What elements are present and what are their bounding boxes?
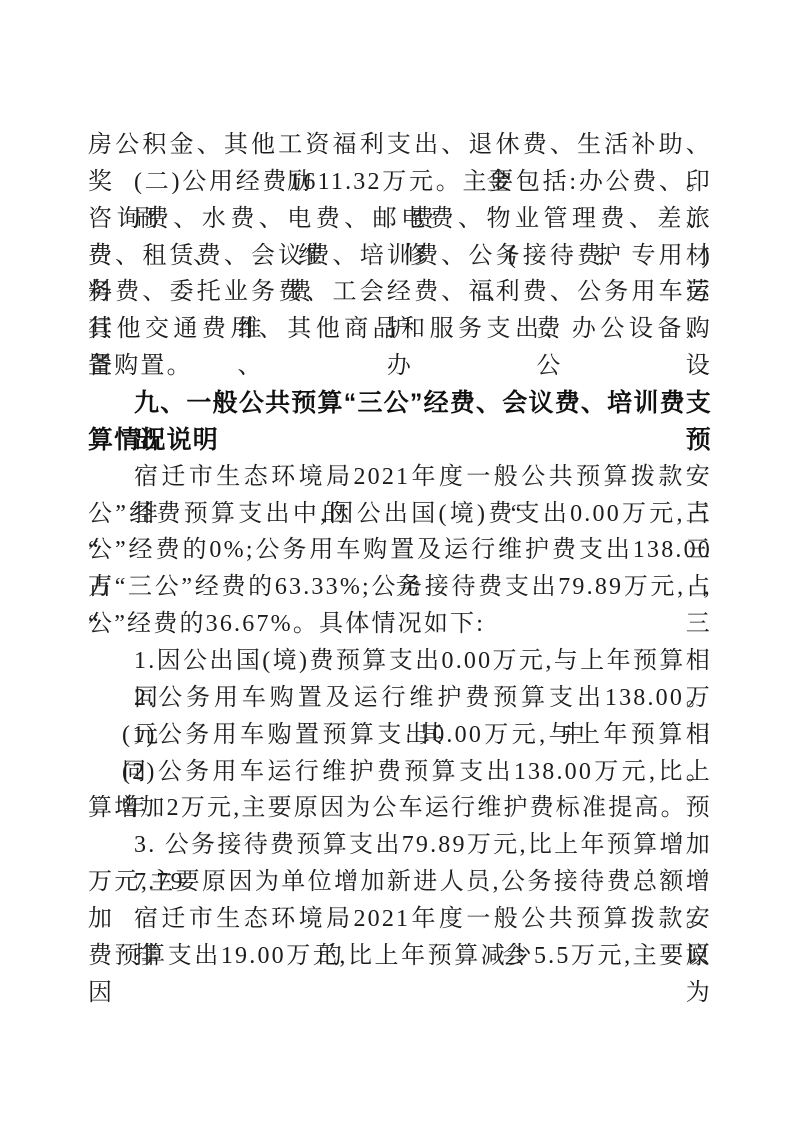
document-body: 房公积金、其他工资福利支出、退休费、生活补助、奖励金。(二)公用经费1611.3… xyxy=(88,127,712,975)
text-line: (二)公用经费1611.32万元。主要包括:办公费、印刷费、 xyxy=(88,164,712,201)
text-line: 费预算支出19.00万元,比上年预算减少5.5万元,主要原因为 xyxy=(88,938,712,975)
document-page: 房公积金、其他工资福利支出、退休费、生活补助、奖励金。(二)公用经费1611.3… xyxy=(0,0,793,1122)
text-line: 务费、委托业务费、工会经费、福利费、公务用车运行维护费、 xyxy=(88,274,712,311)
text-line: 公”经费的0%;公务用车购置及运行维护费支出138.00万元, xyxy=(88,532,712,569)
text-line: (1)公务用车购置预算支出0.00万元,与上年预算相同。 xyxy=(88,717,712,754)
text-line: 房公积金、其他工资福利支出、退休费、生活补助、奖励金。 xyxy=(88,127,712,164)
text-line: 公”经费预算支出中,因公出国(境)费支出0.00万元,占“三 xyxy=(88,496,712,533)
text-line: 1.因公出国(境)费预算支出0.00万元,与上年预算相同。 xyxy=(88,643,712,680)
text-line: 宿迁市生态环境局2021年度一般公共预算拨款安排的“三 xyxy=(88,459,712,496)
text-line: 宿迁市生态环境局2021年度一般公共预算拨款安排的会议 xyxy=(88,901,712,938)
text-line: 费、租赁费、会议费、培训费、公务接待费、专用材料费、劳 xyxy=(88,238,712,275)
text-line: 咨询费、水费、电费、邮电费、物业管理费、差旅费、维修(护) xyxy=(88,201,712,238)
text-line: 其他交通费用、其他商品和服务支出、办公设备购置、办公设 xyxy=(88,311,712,348)
text-line: 算增加2万元,主要原因为公车运行维护费标准提高。 xyxy=(88,790,712,827)
text-line: 3. 公务接待费预算支出79.89万元,比上年预算增加7.79 xyxy=(88,827,712,864)
heading-line: 九、一般公共预算“三公”经费、会议费、培训费支出预 xyxy=(88,385,712,422)
text-line: 2.公务用车购置及运行维护费预算支出138.00万元。其中: xyxy=(88,680,712,717)
text-line: (2)公务用车运行维护费预算支出138.00万元,比上年预 xyxy=(88,754,712,791)
text-line: 万元,主要原因为单位增加新进人员,公务接待费总额增加。 xyxy=(88,864,712,901)
text-line: 占“三公”经费的63.33%;公务接待费支出79.89万元,占“三 xyxy=(88,569,712,606)
